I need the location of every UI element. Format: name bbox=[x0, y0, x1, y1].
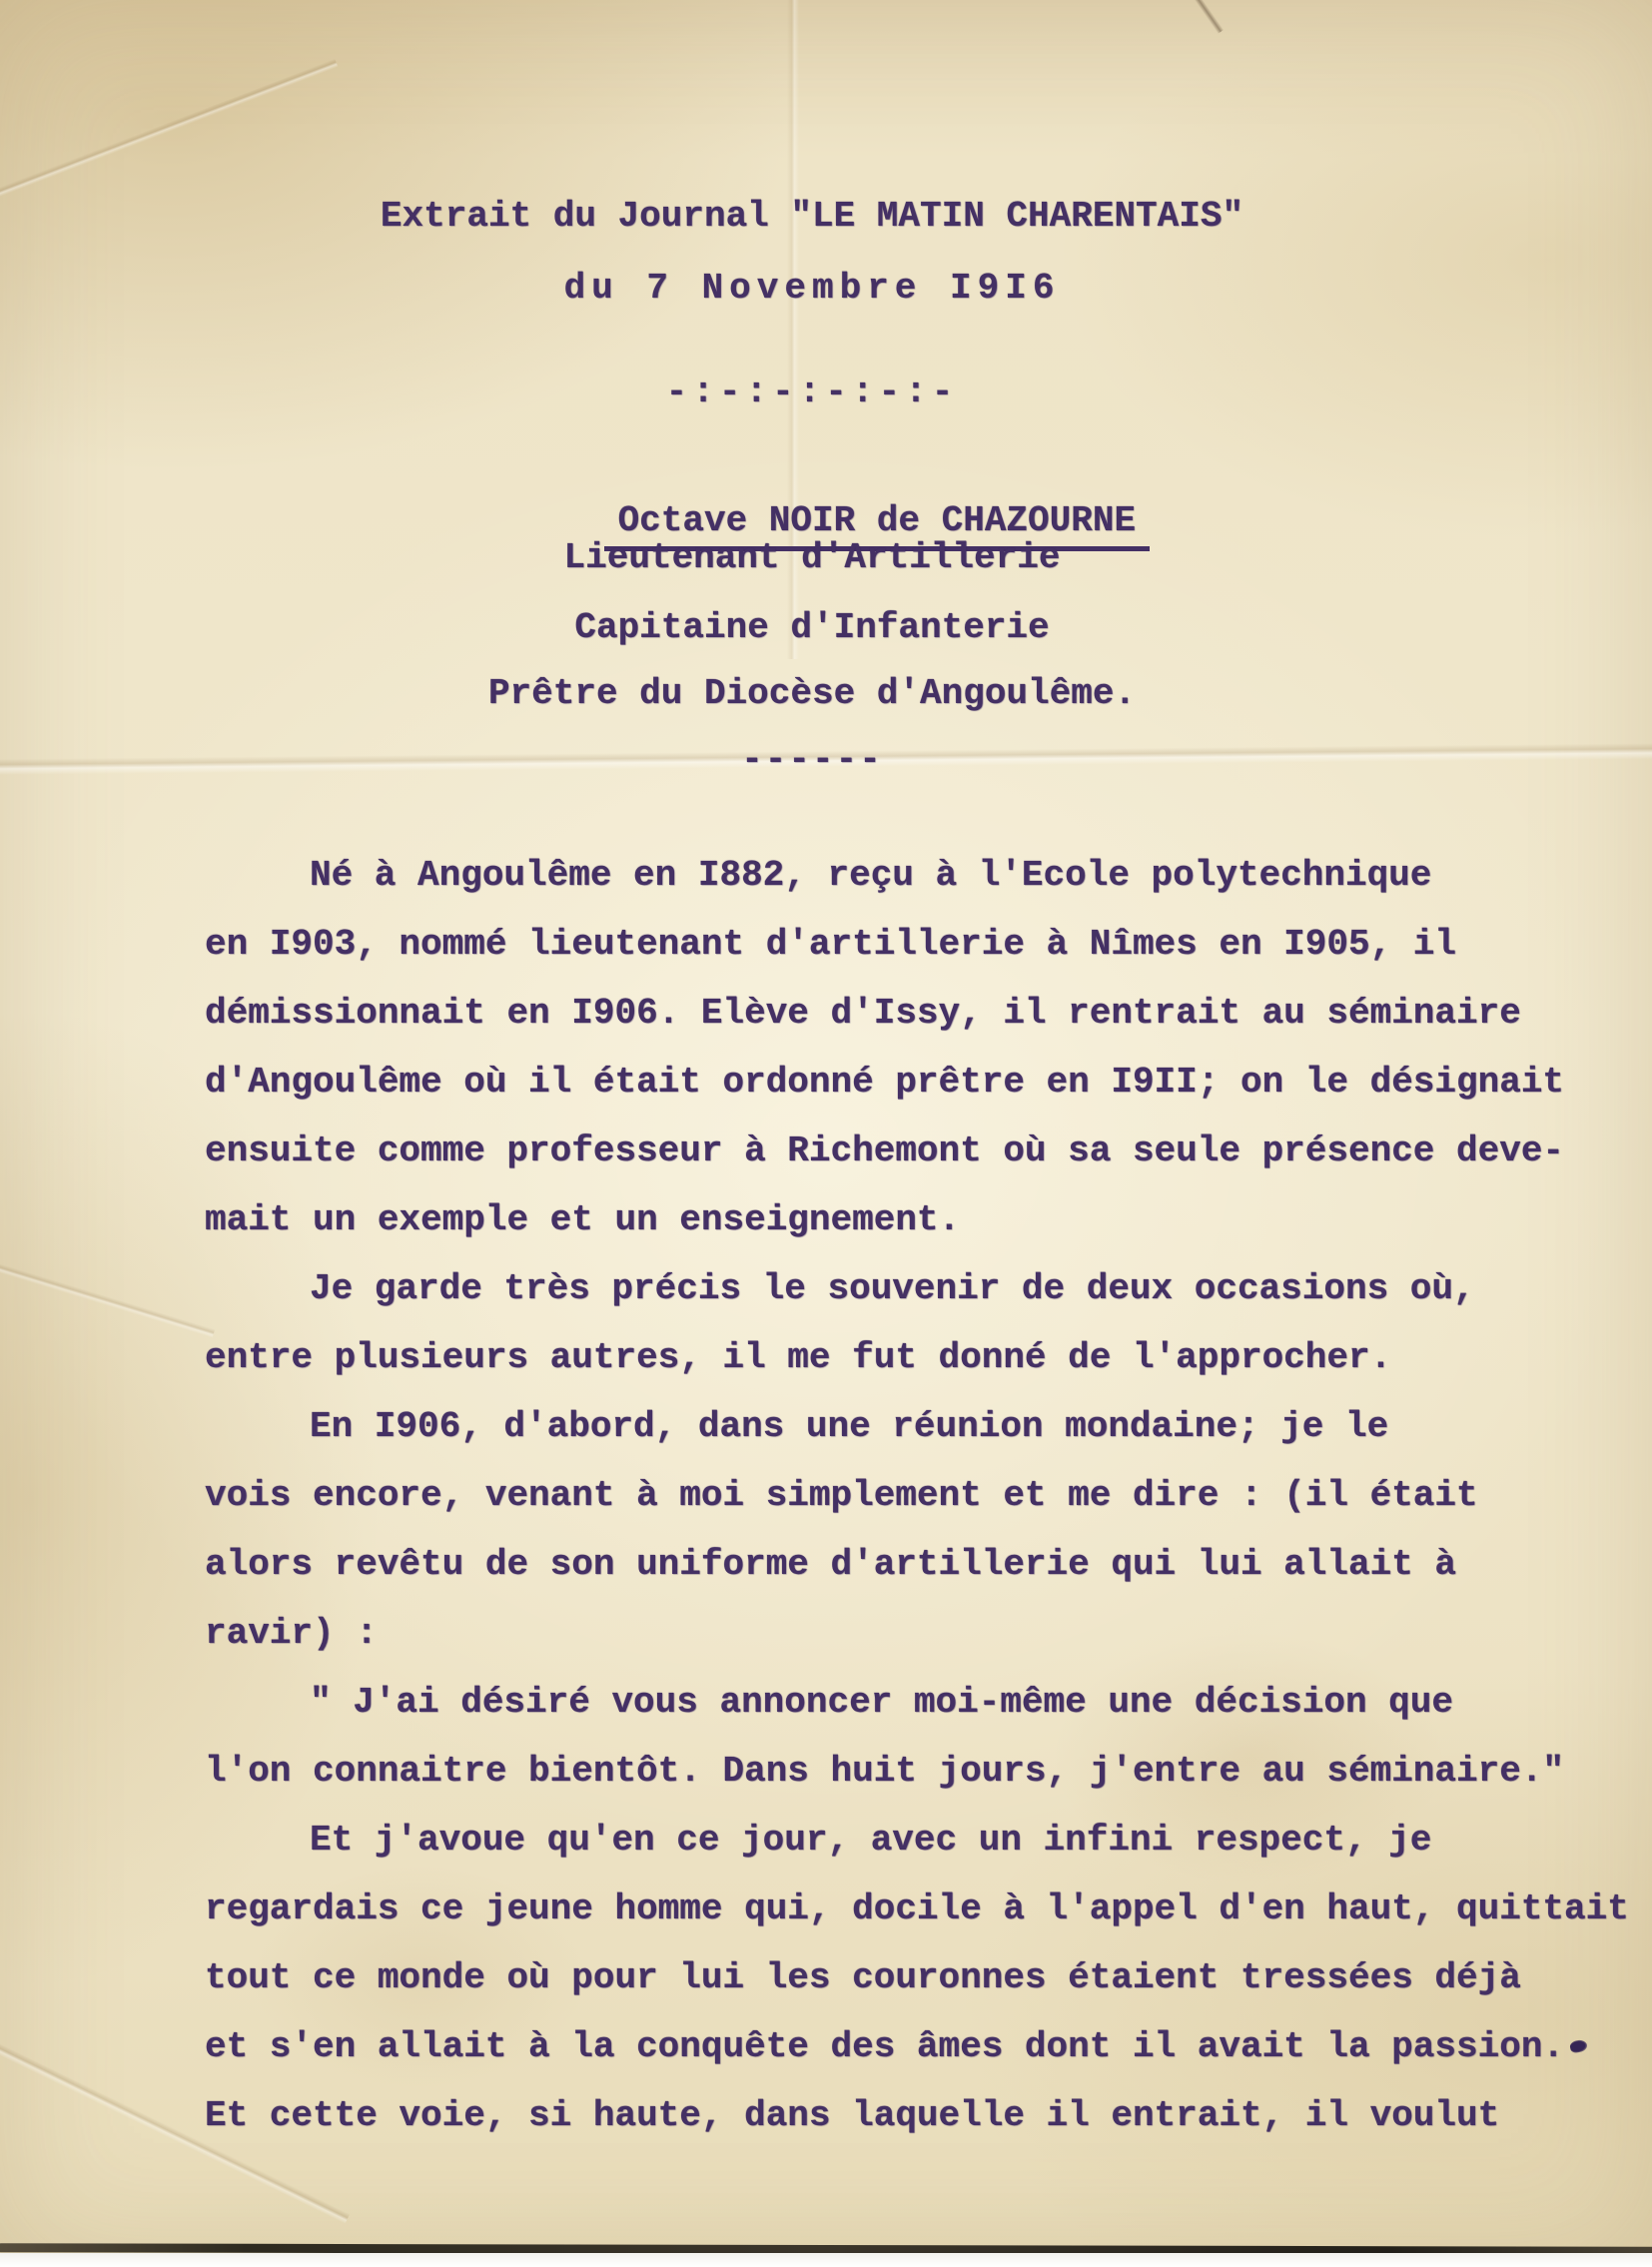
journal-extract-line: Extrait du Journal "LE MATIN CHARENTAIS" bbox=[0, 196, 1638, 237]
body-text-line: tout ce monde où pour lui les couronnes … bbox=[205, 1957, 1652, 2026]
document-body: Né à Angoulême en I882, reçu à l'Ecole p… bbox=[205, 855, 1652, 2164]
fold-crease-top-left bbox=[0, 59, 338, 211]
body-text-line: l'on connaitre bientôt. Dans huit jours,… bbox=[205, 1751, 1652, 1820]
body-text-line: mait un exemple et un enseignement. bbox=[205, 1199, 1652, 1268]
fold-crease-mid-left bbox=[0, 1247, 215, 1337]
crease-mark-top-right bbox=[1182, 0, 1224, 34]
body-text-line: Et cette voie, si haute, dans laquelle i… bbox=[205, 2095, 1652, 2164]
body-text-line: Je garde très précis le souvenir de deux… bbox=[205, 1268, 1652, 1337]
body-text-line: ensuite comme professeur à Richemont où … bbox=[205, 1131, 1652, 1199]
date-line: du 7 Novembre I9I6 bbox=[0, 268, 1638, 309]
scan-background-strip bbox=[0, 2253, 1652, 2267]
subtitle-artillery-rank: Lieutenant d'Artillerie bbox=[0, 537, 1638, 578]
body-text-line: démissionnait en I906. Elève d'Issy, il … bbox=[205, 993, 1652, 1062]
body-text-line: regardais ce jeune homme qui, docile à l… bbox=[205, 1889, 1652, 1957]
body-text-line: d'Angoulême où il était ordonné prêtre e… bbox=[205, 1062, 1652, 1131]
section-divider: ------ bbox=[0, 739, 1638, 780]
scanned-typewritten-letter: Extrait du Journal "LE MATIN CHARENTAIS"… bbox=[0, 0, 1652, 2267]
subtitle-priest-diocese: Prêtre du Diocèse d'Angoulême. bbox=[0, 673, 1638, 714]
body-text-line: alors revêtu de son uniforme d'artilleri… bbox=[205, 1544, 1652, 1613]
body-text-line: ravir) : bbox=[205, 1613, 1652, 1682]
body-text-line: Et j'avoue qu'en ce jour, avec un infini… bbox=[205, 1820, 1652, 1889]
body-text-line: En I906, d'abord, dans une réunion monda… bbox=[205, 1406, 1652, 1475]
body-text-line: entre plusieurs autres, il me fut donné … bbox=[205, 1337, 1652, 1406]
body-text-line: vois encore, venant à moi simplement et … bbox=[205, 1475, 1652, 1544]
ornament-divider: -:-:-:-:-:- bbox=[0, 372, 1638, 412]
body-text-line: en I903, nommé lieutenant d'artillerie à… bbox=[205, 924, 1652, 993]
body-text-line: Né à Angoulême en I882, reçu à l'Ecole p… bbox=[205, 855, 1652, 924]
body-text-line: et s'en allait à la conquête des âmes do… bbox=[205, 2026, 1652, 2095]
body-text-line: " J'ai désiré vous annoncer moi-même une… bbox=[205, 1682, 1652, 1751]
subtitle-infantry-rank: Capitaine d'Infanterie bbox=[0, 607, 1638, 648]
